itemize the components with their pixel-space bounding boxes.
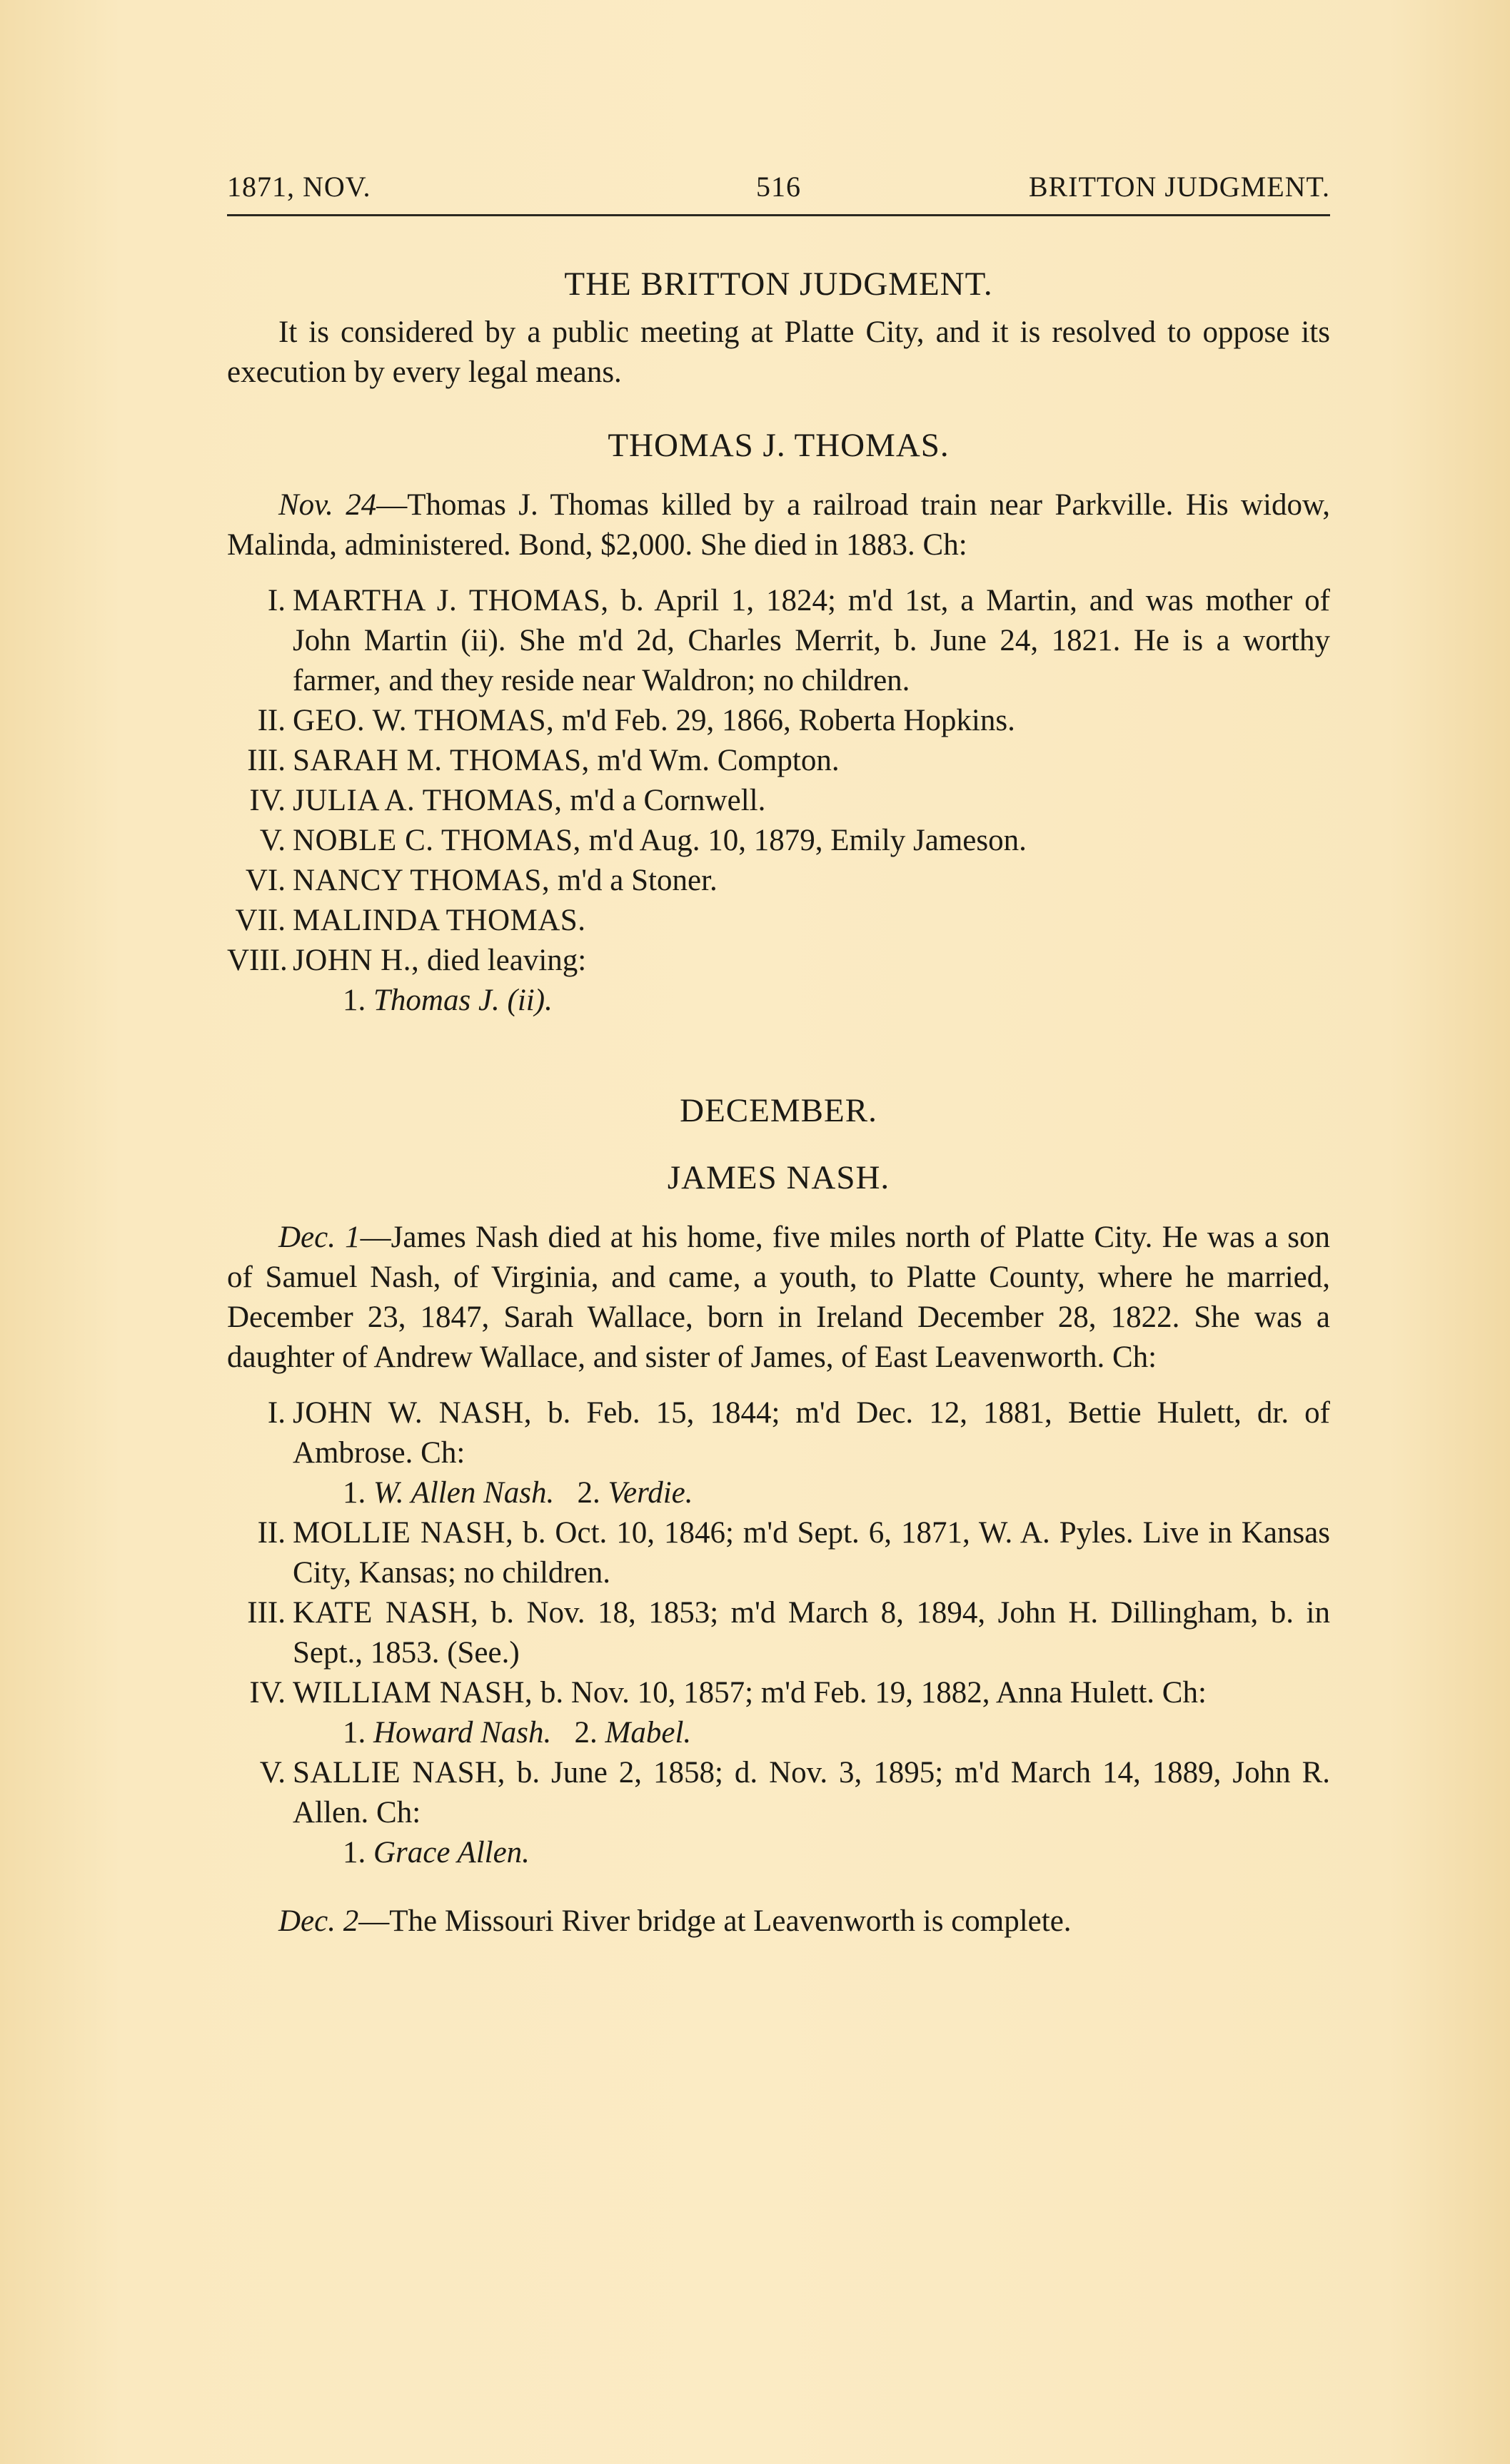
paragraph-text: —Thomas J. Thomas killed by a railroad t…	[227, 488, 1330, 562]
list-item: V.SALLIE NASH, b. June 2, 1858; d. Nov. …	[227, 1753, 1330, 1833]
child-name: SARAH M. THOMAS,	[293, 744, 590, 777]
running-head: 1871, NOV. 516 BRITTON JUDGMENT.	[227, 170, 1330, 210]
roman-numeral: V.	[227, 1753, 286, 1793]
grandchild-name: Howard Nash.	[373, 1716, 551, 1749]
child-details: m'd Aug. 10, 1879, Emily Jameson.	[581, 824, 1027, 857]
child-name: SALLIE NASH,	[293, 1756, 505, 1789]
child-name: MALINDA THOMAS.	[293, 904, 585, 937]
list-item: III.KATE NASH, b. Nov. 18, 1853; m'd Mar…	[227, 1593, 1330, 1673]
paragraph-bridge: Dec. 2—The Missouri River bridge at Leav…	[227, 1902, 1330, 1942]
roman-numeral: VIII.	[227, 941, 286, 981]
child-details: m'd a Stoner.	[550, 864, 718, 897]
child-name: MOLLIE NASH,	[293, 1516, 513, 1550]
section-heading-britton: THE BRITTON JUDGMENT.	[227, 263, 1330, 306]
list-item: II.GEO. W. THOMAS, m'd Feb. 29, 1866, Ro…	[227, 701, 1330, 741]
child-name: NOBLE C. THOMAS,	[293, 824, 581, 857]
section-heading-thomas: THOMAS J. THOMAS.	[227, 424, 1330, 467]
roman-numeral: V.	[227, 821, 286, 861]
list-item: IV.WILLIAM NASH, b. Nov. 10, 1857; m'd F…	[227, 1673, 1330, 1713]
child-name: NANCY THOMAS,	[293, 864, 550, 897]
list-item: VII.MALINDA THOMAS.	[227, 901, 1330, 941]
roman-numeral: IV.	[227, 1673, 286, 1713]
child-name: GEO. W. THOMAS,	[293, 704, 554, 737]
entry-date: Dec. 2	[278, 1904, 358, 1938]
grandchild-name: Thomas J. (ii).	[373, 984, 553, 1017]
roman-numeral: I.	[227, 581, 286, 621]
paragraph-nash: Dec. 1—James Nash died at his home, five…	[227, 1218, 1330, 1378]
grandchild-number: 1.	[343, 1716, 366, 1749]
entry-date: Dec. 1	[278, 1221, 361, 1254]
grandchildren-list: 1. Howard Nash. 2. Mabel.	[227, 1713, 1330, 1753]
child-details: m'd Feb. 29, 1866, Roberta Hopkins.	[554, 704, 1015, 737]
child-details: m'd Wm. Compton.	[590, 744, 840, 777]
child-name: MARTHA J. THOMAS,	[293, 584, 609, 617]
roman-numeral: VI.	[227, 861, 286, 901]
grandchild-number: 1.	[343, 1476, 366, 1510]
entry-date: Nov. 24	[278, 488, 376, 522]
grandchildren-list: 1. W. Allen Nash. 2. Verdie.	[227, 1473, 1330, 1513]
grandchild-name: Grace Allen.	[373, 1836, 530, 1869]
header-rule	[227, 214, 1330, 216]
child-details: b. Nov. 10, 1857; m'd Feb. 19, 1882, Ann…	[533, 1676, 1207, 1710]
child-details: m'd a Cornwell.	[563, 784, 766, 817]
child-name: JOHN H.,	[293, 944, 419, 977]
child-name: JULIA A. THOMAS,	[293, 784, 563, 817]
roman-numeral: II.	[227, 701, 286, 741]
paragraph-text: —James Nash died at his home, five miles…	[227, 1221, 1330, 1374]
roman-numeral: VII.	[227, 901, 286, 941]
grandchildren-list: 1. Thomas J. (ii).	[227, 981, 1330, 1021]
list-item: IV.JULIA A. THOMAS, m'd a Cornwell.	[227, 781, 1330, 821]
list-item: I.JOHN W. NASH, b. Feb. 15, 1844; m'd De…	[227, 1393, 1330, 1473]
child-name: JOHN W. NASH,	[293, 1396, 532, 1430]
grandchild-name: Mabel.	[605, 1716, 692, 1749]
grandchild-name: W. Allen Nash.	[373, 1476, 554, 1510]
list-item: II.MOLLIE NASH, b. Oct. 10, 1846; m'd Se…	[227, 1513, 1330, 1593]
list-item: III.SARAH M. THOMAS, m'd Wm. Compton.	[227, 741, 1330, 781]
grandchild-number: 1.	[343, 984, 366, 1017]
page-content: THE BRITTON JUDGMENT. It is considered b…	[227, 263, 1330, 1942]
child-name: KATE NASH,	[293, 1596, 478, 1630]
list-item: VIII.JOHN H., died leaving:	[227, 941, 1330, 981]
roman-numeral: III.	[227, 741, 286, 781]
running-head-title: BRITTON JUDGMENT.	[1029, 170, 1330, 203]
paragraph-britton: It is considered by a public meeting at …	[227, 313, 1330, 393]
month-heading: DECEMBER.	[227, 1089, 1330, 1132]
paragraph-thomas: Nov. 24—Thomas J. Thomas killed by a rai…	[227, 485, 1330, 565]
roman-numeral: I.	[227, 1393, 286, 1433]
grandchild-number: 2.	[575, 1716, 598, 1749]
list-item: I.MARTHA J. THOMAS, b. April 1, 1824; m'…	[227, 581, 1330, 701]
thomas-children-list: I.MARTHA J. THOMAS, b. April 1, 1824; m'…	[227, 581, 1330, 1021]
list-item: VI.NANCY THOMAS, m'd a Stoner.	[227, 861, 1330, 901]
grandchild-name: Verdie.	[608, 1476, 693, 1510]
child-details: died leaving:	[419, 944, 586, 977]
paragraph-text: —The Missouri River bridge at Leavenwort…	[358, 1904, 1071, 1938]
list-item: V.NOBLE C. THOMAS, m'd Aug. 10, 1879, Em…	[227, 821, 1330, 861]
child-name: WILLIAM NASH,	[293, 1676, 533, 1710]
grandchild-number: 1.	[343, 1836, 366, 1869]
section-heading-nash: JAMES NASH.	[227, 1156, 1330, 1199]
roman-numeral: III.	[227, 1593, 286, 1633]
grandchild-number: 2.	[578, 1476, 600, 1510]
roman-numeral: II.	[227, 1513, 286, 1553]
grandchildren-list: 1. Grace Allen.	[227, 1833, 1330, 1873]
roman-numeral: IV.	[227, 781, 286, 821]
nash-children-list: I.JOHN W. NASH, b. Feb. 15, 1844; m'd De…	[227, 1393, 1330, 1873]
